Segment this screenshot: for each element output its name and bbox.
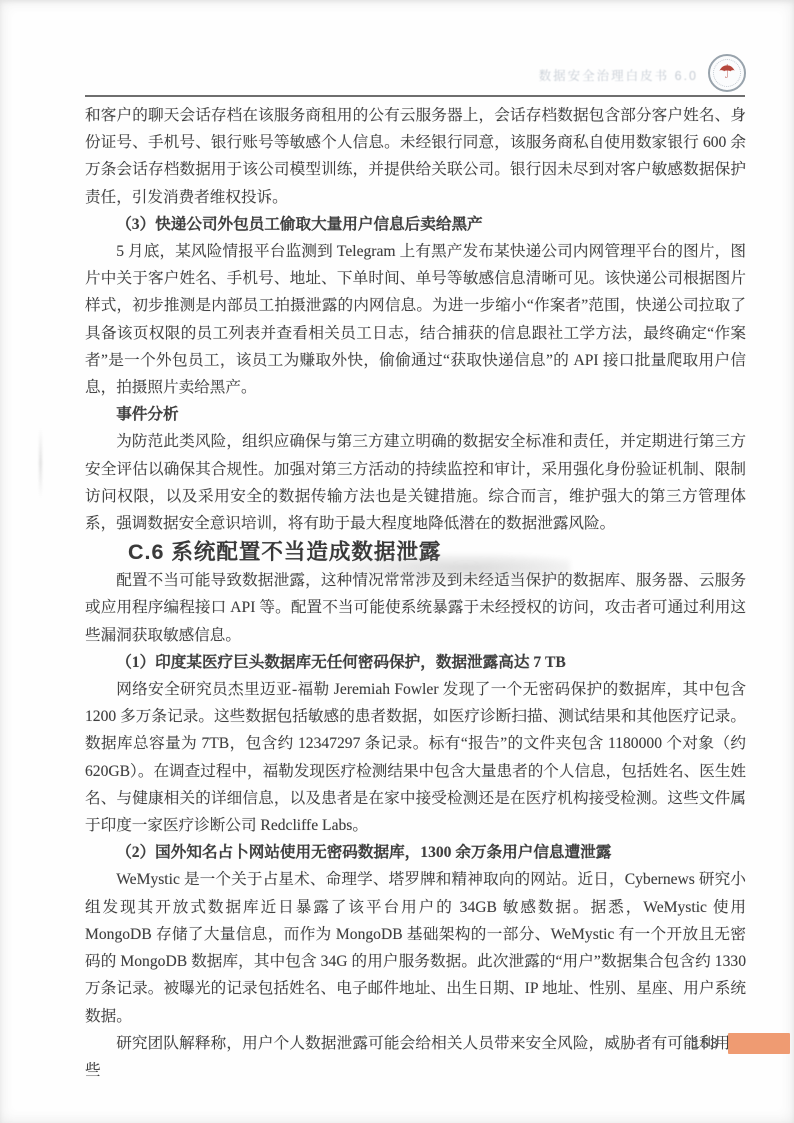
scanned-document-page: 数据安全治理白皮书 6.0 ☂ 和客户的聊天会话存档在该服务商租用的公有云服务器… [0, 0, 794, 1123]
body-paragraph: 研究团队解释称，用户个人数据泄露可能会给相关人员带来安全风险，威胁者有可能利用这… [85, 1030, 746, 1084]
header-divider-line [85, 95, 745, 97]
document-body: 和客户的聊天会话存档在该服务商租用的公有云服务器上，会话存档数据包含部分客户姓名… [85, 102, 746, 1084]
body-paragraph: 5 月底，某风险情报平台监测到 Telegram 上有黑产发布某快递公司内网管理… [85, 238, 746, 401]
scan-artifact-streak [39, 428, 42, 498]
umbrella-logo-icon: ☂ [708, 54, 746, 92]
body-paragraph: WeMystic 是一个关于占星术、命理学、塔罗牌和精神取向的网站。近日，Cyb… [85, 866, 746, 1029]
page-number: 153 [692, 1036, 719, 1052]
header-watermark-title: 数据安全治理白皮书 6.0 [539, 66, 698, 84]
body-paragraph: 网络安全研究员杰里迈亚-福勒 Jeremiah Fowler 发现了一个无密码保… [85, 676, 746, 839]
subsection-heading-2: （2）国外知名占卜网站使用无密码数据库，1300 余万条用户信息遭泄露 [85, 839, 746, 866]
event-analysis-heading: 事件分析 [85, 401, 746, 428]
body-paragraph: 为防范此类风险，组织应确保与第三方建立明确的数据安全标准和责任，并定期进行第三方… [85, 428, 746, 537]
page-footer: 153 [692, 1033, 790, 1054]
body-paragraph: 和客户的聊天会话存档在该服务商租用的公有云服务器上，会话存档数据包含部分客户姓名… [85, 102, 746, 211]
umbrella-glyph: ☂ [718, 63, 735, 82]
section-heading-c6: C.6 系统配置不当造成数据泄露 [85, 537, 746, 567]
page-header: 数据安全治理白皮书 6.0 ☂ [539, 52, 746, 94]
subsection-heading-1: （1）印度某医疗巨头数据库无任何密码保护，数据泄露高达 7 TB [85, 649, 746, 676]
footer-accent-block [728, 1033, 790, 1054]
subsection-heading-3: （3）快递公司外包员工偷取大量用户信息后卖给黑产 [85, 211, 746, 238]
body-paragraph: 配置不当可能导致数据泄露，这种情况常常涉及到未经适当保护的数据库、服务器、云服务… [85, 567, 746, 649]
